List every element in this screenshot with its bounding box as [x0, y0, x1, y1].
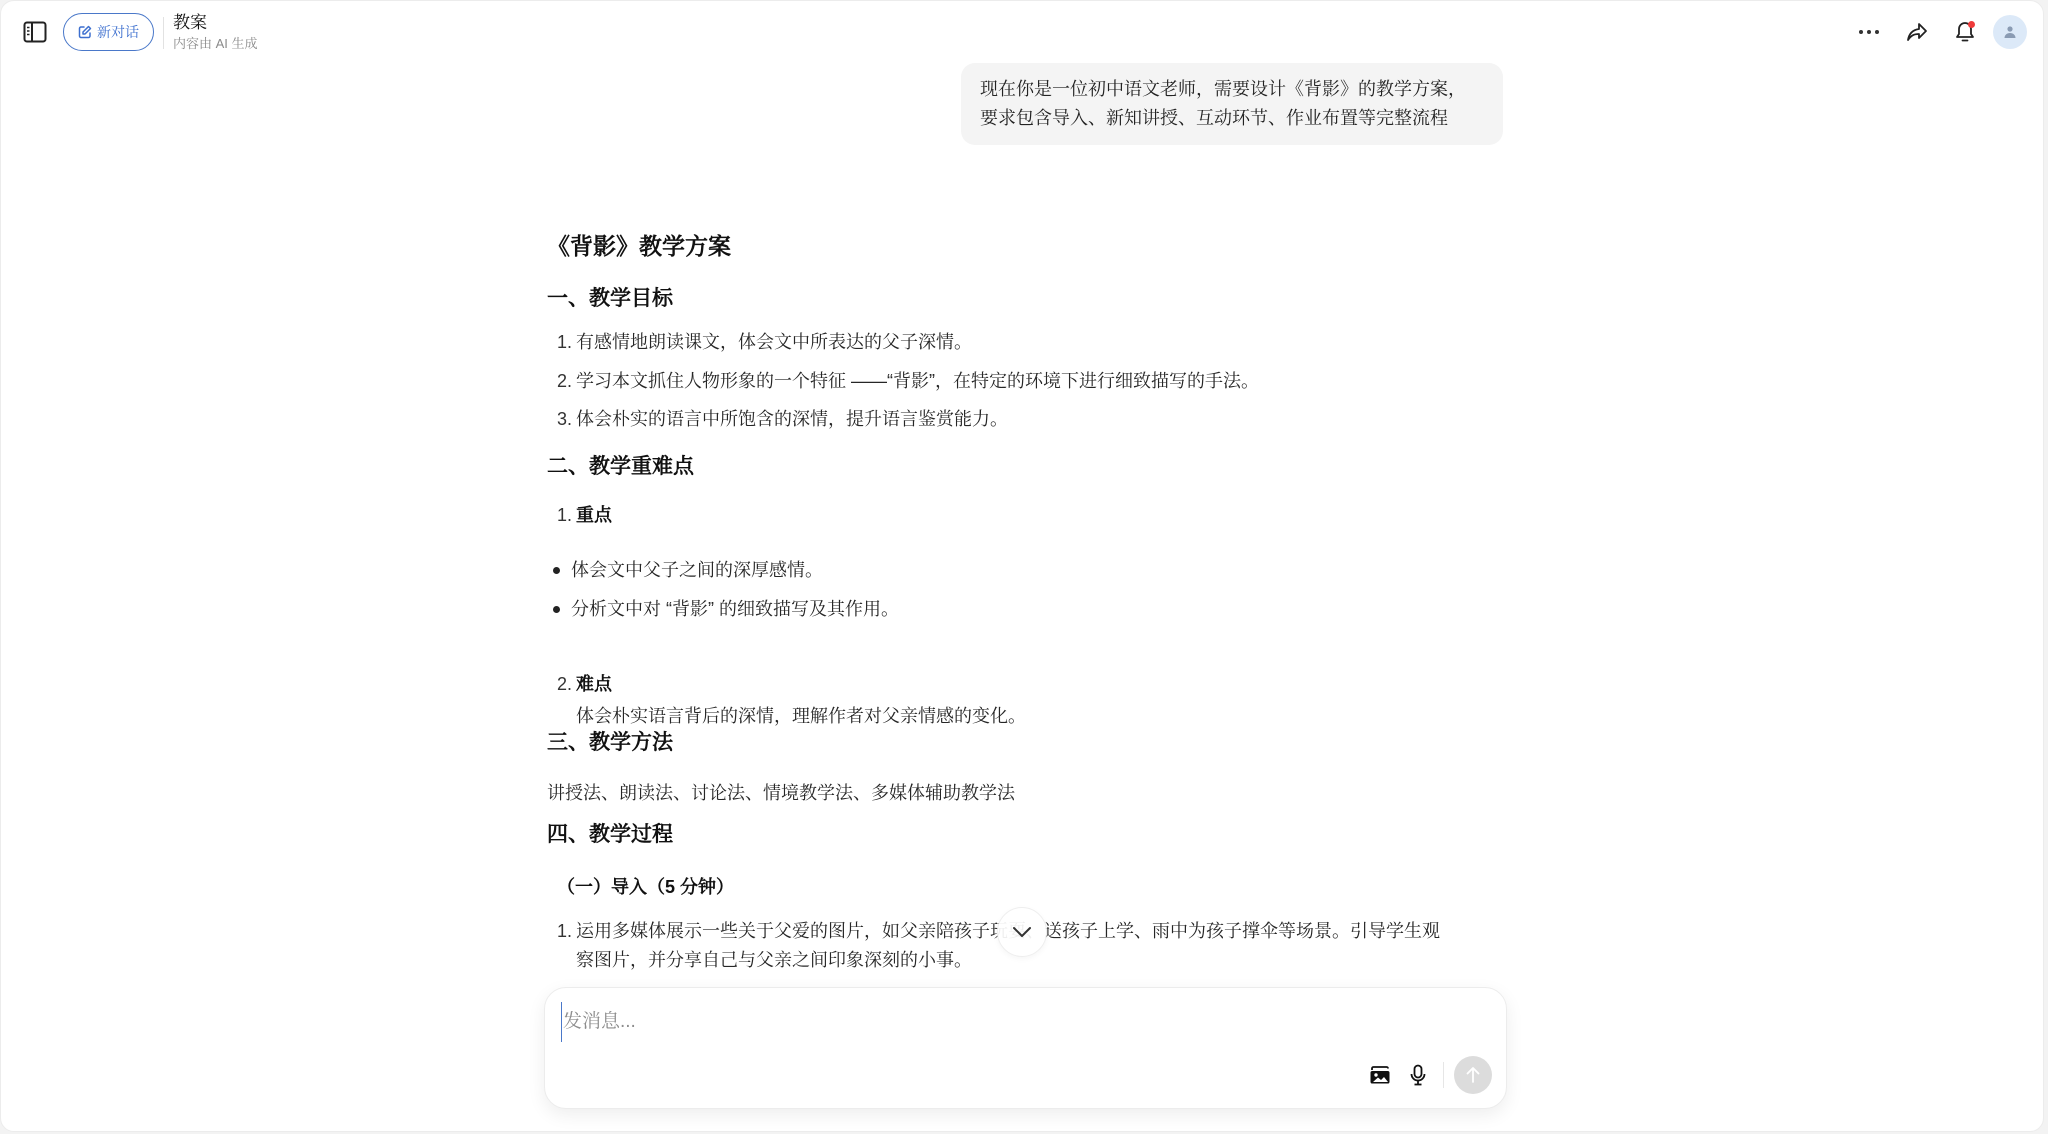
share-icon	[1906, 22, 1928, 42]
user-icon	[2003, 25, 2017, 39]
scroll-to-bottom-button[interactable]	[997, 907, 1047, 957]
paragraph: 讲授法、朗读法、讨论法、情境教学法、多媒体辅助教学法	[547, 779, 1015, 807]
sidebar-toggle-button[interactable]	[23, 21, 47, 43]
avatar[interactable]	[1993, 15, 2027, 49]
top-bar: 新对话 教案 内容由 AI 生成	[1, 1, 2043, 63]
bullet-icon	[553, 606, 560, 613]
new-chat-label: 新对话	[97, 22, 139, 42]
image-icon	[1369, 1065, 1391, 1085]
new-chat-button[interactable]: 新对话	[63, 13, 154, 51]
arrow-up-icon	[1466, 1066, 1480, 1084]
bullet-icon	[553, 567, 560, 574]
header-actions	[1845, 15, 2027, 49]
composer-tools	[1361, 1056, 1492, 1094]
section-heading: 三、教学方法	[547, 729, 673, 757]
section-heading: 一、教学目标	[547, 285, 673, 313]
conversation-title-block: 教案 内容由 AI 生成	[173, 12, 258, 53]
user-message-bubble: 现在你是一位初中语文老师，需要设计《背影》的教学方案，要求包含导入、新知讲授、互…	[961, 63, 1503, 145]
microphone-icon	[1410, 1064, 1426, 1086]
chevron-down-icon	[1012, 926, 1032, 938]
app-window: 新对话 教案 内容由 AI 生成	[0, 0, 2044, 1132]
sidebar-toggle-icon	[23, 21, 47, 43]
more-horizontal-icon	[1858, 29, 1880, 35]
ai-generated-notice: 内容由 AI 生成	[173, 35, 258, 53]
share-button[interactable]	[1893, 15, 1941, 49]
edit-icon	[78, 25, 92, 39]
message-composer	[544, 987, 1507, 1109]
more-button[interactable]	[1845, 15, 1893, 49]
voice-input-button[interactable]	[1399, 1056, 1437, 1094]
answer-title: 《背影》教学方案	[547, 231, 731, 261]
message-input[interactable]	[561, 1002, 1461, 1042]
composer-divider	[1443, 1062, 1444, 1088]
conversation-title[interactable]: 教案	[173, 12, 258, 34]
image-upload-button[interactable]	[1361, 1056, 1399, 1094]
section-heading: 二、教学重难点	[547, 453, 694, 481]
send-button[interactable]	[1454, 1056, 1492, 1094]
notifications-button[interactable]	[1941, 15, 1989, 49]
subsection-heading: （一）导入（5 分钟）	[557, 874, 734, 900]
notification-badge	[1968, 21, 1975, 28]
header-divider	[163, 17, 164, 49]
chat-area: 现在你是一位初中语文老师，需要设计《背影》的教学方案，要求包含导入、新知讲授、互…	[547, 63, 1505, 983]
section-heading: 四、教学过程	[547, 821, 673, 849]
